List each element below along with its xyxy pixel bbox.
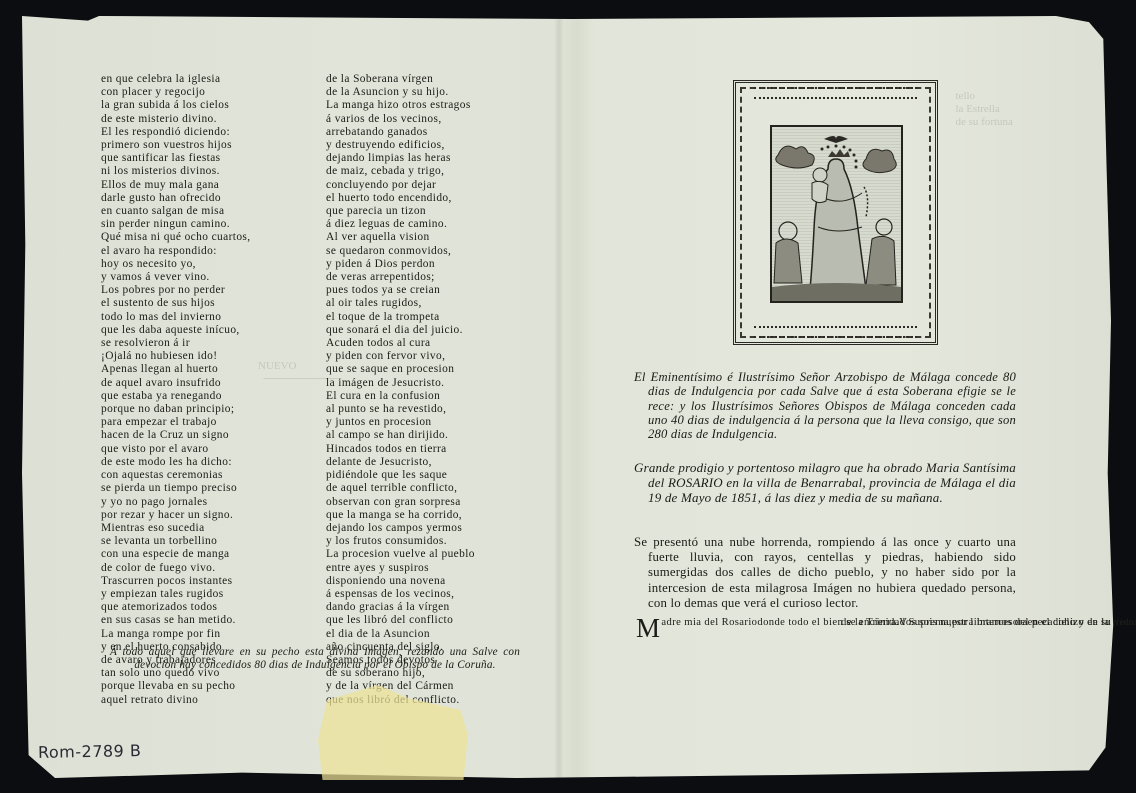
verse-line: Mientras eso sucedia (101, 522, 251, 535)
verse-line: Trascurren pocos instantes (101, 575, 251, 588)
verse-line: y yo no pago jornales (101, 496, 251, 509)
verse-line: de la Trinidad Suprema, (841, 617, 952, 628)
verse-line: el dia de la Asuncion (326, 628, 475, 641)
verse-line: El les respondió diciendo: (101, 126, 251, 139)
verse-line: pues todos ya se creian (326, 284, 475, 297)
verse-line: el sustento de sus hijos (101, 297, 251, 310)
woodcut-illustration-icon (772, 127, 901, 301)
verse-line: delante de Jesucristo, (326, 456, 475, 469)
verse-line: al oir tales rugidos, (326, 297, 475, 310)
verse-line: dando gracias á la vírgen (326, 601, 475, 614)
left-verse-column-1: en que celebra la iglesiacon placer y re… (101, 73, 251, 707)
verse-line: se pierda un tiempo preciso (101, 482, 251, 495)
verse-line: Acuden todos al cura (326, 337, 475, 350)
verse-line: de color de fuego vivo. (101, 562, 251, 575)
verse-line: dejando los campos yermos (326, 522, 475, 535)
verse-line: que parecia un tizon (326, 205, 475, 218)
verse-line: observan con gran sorpresa (326, 496, 475, 509)
verse-line: con una especie de manga (101, 548, 251, 561)
verse-line: porque no daban principio; (101, 403, 251, 416)
verse-line: en cuanto salgan de misa (101, 205, 251, 218)
crown-icon (828, 149, 850, 157)
verse-line: de aquel terrible conflicto, (326, 482, 475, 495)
indulgence-closing-note: Á todo aquel que llevare en su pecho est… (110, 646, 520, 672)
verse-line: el avaro ha respondido: (101, 245, 251, 258)
verse-line: y empiezan tales rugidos (101, 588, 251, 601)
verse-line: de este modo les ha dicho: (101, 456, 251, 469)
verse-line: Al ver aquella vision (326, 231, 475, 244)
verse-line: darle gusto han ofrecido (101, 192, 251, 205)
verse-line: que estaba ya renegando (101, 390, 251, 403)
drop-cap-letter: M (636, 617, 660, 639)
verse-line: se resolvieron á ir (101, 337, 251, 350)
verse-line: adre mia del Rosario (661, 617, 757, 628)
verse-line: la gran subida á los cielos (101, 99, 251, 112)
verse-line: que se saque en procesion (326, 363, 475, 376)
verse-line: que atemorizados todos (101, 601, 251, 614)
catalog-mark: Rom-2789 B (38, 741, 142, 762)
verse-line: á diez leguas de camino. (326, 218, 475, 231)
verse-line: y piden con fervor vivo, (326, 350, 475, 363)
show-through-text: tello la Estrella de su fortuna (950, 90, 1013, 129)
verse-line: la imágen de Jesucristo. (326, 377, 475, 390)
verse-line: hizo de su vida estrema; (1064, 617, 1136, 628)
verse-line: todo lo mas del invierno (101, 311, 251, 324)
indulgence-text: El Eminentísimo é Ilustrísimo Señor Arzo… (634, 370, 1016, 441)
verse-line: y los frutos consumidos. (326, 535, 475, 548)
headline-text: Grande prodigio y portentoso milagro que… (634, 460, 1016, 505)
verse-line: Apenas llegan al huerto (101, 363, 251, 376)
verse-line: con aquestas ceremonias (101, 469, 251, 482)
verse-line: que les libró del conflicto (326, 614, 475, 627)
dove-icon (824, 136, 848, 143)
verse-line: para empezar el trabajo (101, 416, 251, 429)
verse-line: y destruyendo edificios, (326, 139, 475, 152)
verse-line: el huerto todo encendido, (326, 192, 475, 205)
verse-line: sin perder ningun camino. (101, 218, 251, 231)
verse-line: porque llevaba en su pecho (101, 680, 251, 693)
verse-line: La manga hizo otros estragos (326, 99, 475, 112)
verse-line: de aquel avaro insufrido (101, 377, 251, 390)
archbishop-indulgence-paragraph: El Eminentísimo é Ilustrísimo Señor Arzo… (634, 370, 1016, 441)
verse-line: concluyendo por dejar (326, 179, 475, 192)
verse-line: de la Asuncion y su hijo. (326, 86, 475, 99)
rosary-icon (864, 187, 868, 217)
left-verse-column-2: de la Soberana vírgende la Asuncion y su… (326, 73, 475, 707)
verse-line: ¡Ojalá no hubiesen ido! (101, 350, 251, 363)
verse-line: Los pobres por no perder (101, 284, 251, 297)
verse-line: aquel retrato divino (101, 694, 251, 707)
verse-line: dejando limpias las heras (326, 152, 475, 165)
verse-line: de este misterio divino. (101, 113, 251, 126)
verse-line: entre ayes y suspiros (326, 562, 475, 575)
verse-line: Hincados todos en tierra (326, 443, 475, 456)
verse-line: Qué misa ni qué ocho cuartos, (101, 231, 251, 244)
virgin-of-rosary-woodcut (770, 125, 903, 303)
verse-line: hacen de la Cruz un signo (101, 429, 251, 442)
verse-line: y juntos en procesion (326, 416, 475, 429)
verse-line: El cura en la confusion (326, 390, 475, 403)
verse-line: arrebatando ganados (326, 126, 475, 139)
verse-line: al punto se ha revestido, (326, 403, 475, 416)
verse-line: La procesion vuelve al pueblo (326, 548, 475, 561)
verse-line: y piden á Dios perdon (326, 258, 475, 271)
account-text: Se presentó una nube horrenda, rompiendo… (634, 535, 1016, 611)
verse-line: disponiendo una novena (326, 575, 475, 588)
verse-line: que santificar las fiestas (101, 152, 251, 165)
verse-line: se levanta un torbellino (101, 535, 251, 548)
verse-line: y de la vírgen del Cármen (326, 680, 475, 693)
verse-line: primero son vuestros hijos (101, 139, 251, 152)
verse-line: al campo se han dirijido. (326, 429, 475, 442)
verse-line: que la manga se ha corrido, (326, 509, 475, 522)
scroll-border-top (754, 87, 917, 99)
scroll-border-bottom (754, 326, 917, 338)
verse-line: en sus casas se han metido. (101, 614, 251, 627)
verse-line: La manga rompe por fin (101, 628, 251, 641)
verse-line: que sonará el dia del juicio. (326, 324, 475, 337)
verse-line: y vamos á vever vino. (101, 271, 251, 284)
center-fold (554, 16, 564, 778)
verse-line: de veras arrepentidos; (326, 271, 475, 284)
verse-line: Ellos de muy mala gana (101, 179, 251, 192)
verse-line: á espensas de los vecinos, (326, 588, 475, 601)
woodcut-frame (733, 80, 938, 345)
right-verse-column-2: de la Trinidad Suprema,por librarnos del… (841, 617, 1136, 629)
verse-line: por rezar y hacer un signo. (101, 509, 251, 522)
verse-line: que visto por el avaro (101, 443, 251, 456)
verse-line: por librarnos del pecado (952, 617, 1064, 628)
verse-line: en que celebra la iglesia (101, 73, 251, 86)
verse-line: se quedaron conmovidos, (326, 245, 475, 258)
miracle-headline: Grande prodigio y portentoso milagro que… (634, 460, 1016, 505)
verse-line: con placer y regocijo (101, 86, 251, 99)
verse-line: ni los misterios divinos. (101, 165, 251, 178)
verse-line: pidiéndole que les saque (326, 469, 475, 482)
verse-line: de maiz, cebada y trigo, (326, 165, 475, 178)
verse-line: el toque de la trompeta (326, 311, 475, 324)
miracle-account-paragraph: Se presentó una nube horrenda, rompiendo… (634, 535, 1016, 611)
verse-line: hoy os necesito yo, (101, 258, 251, 271)
verse-line: de la Soberana vírgen (326, 73, 475, 86)
verse-line: á varios de los vecinos, (326, 113, 475, 126)
verse-line: que les daba aqueste inícuo, (101, 324, 251, 337)
